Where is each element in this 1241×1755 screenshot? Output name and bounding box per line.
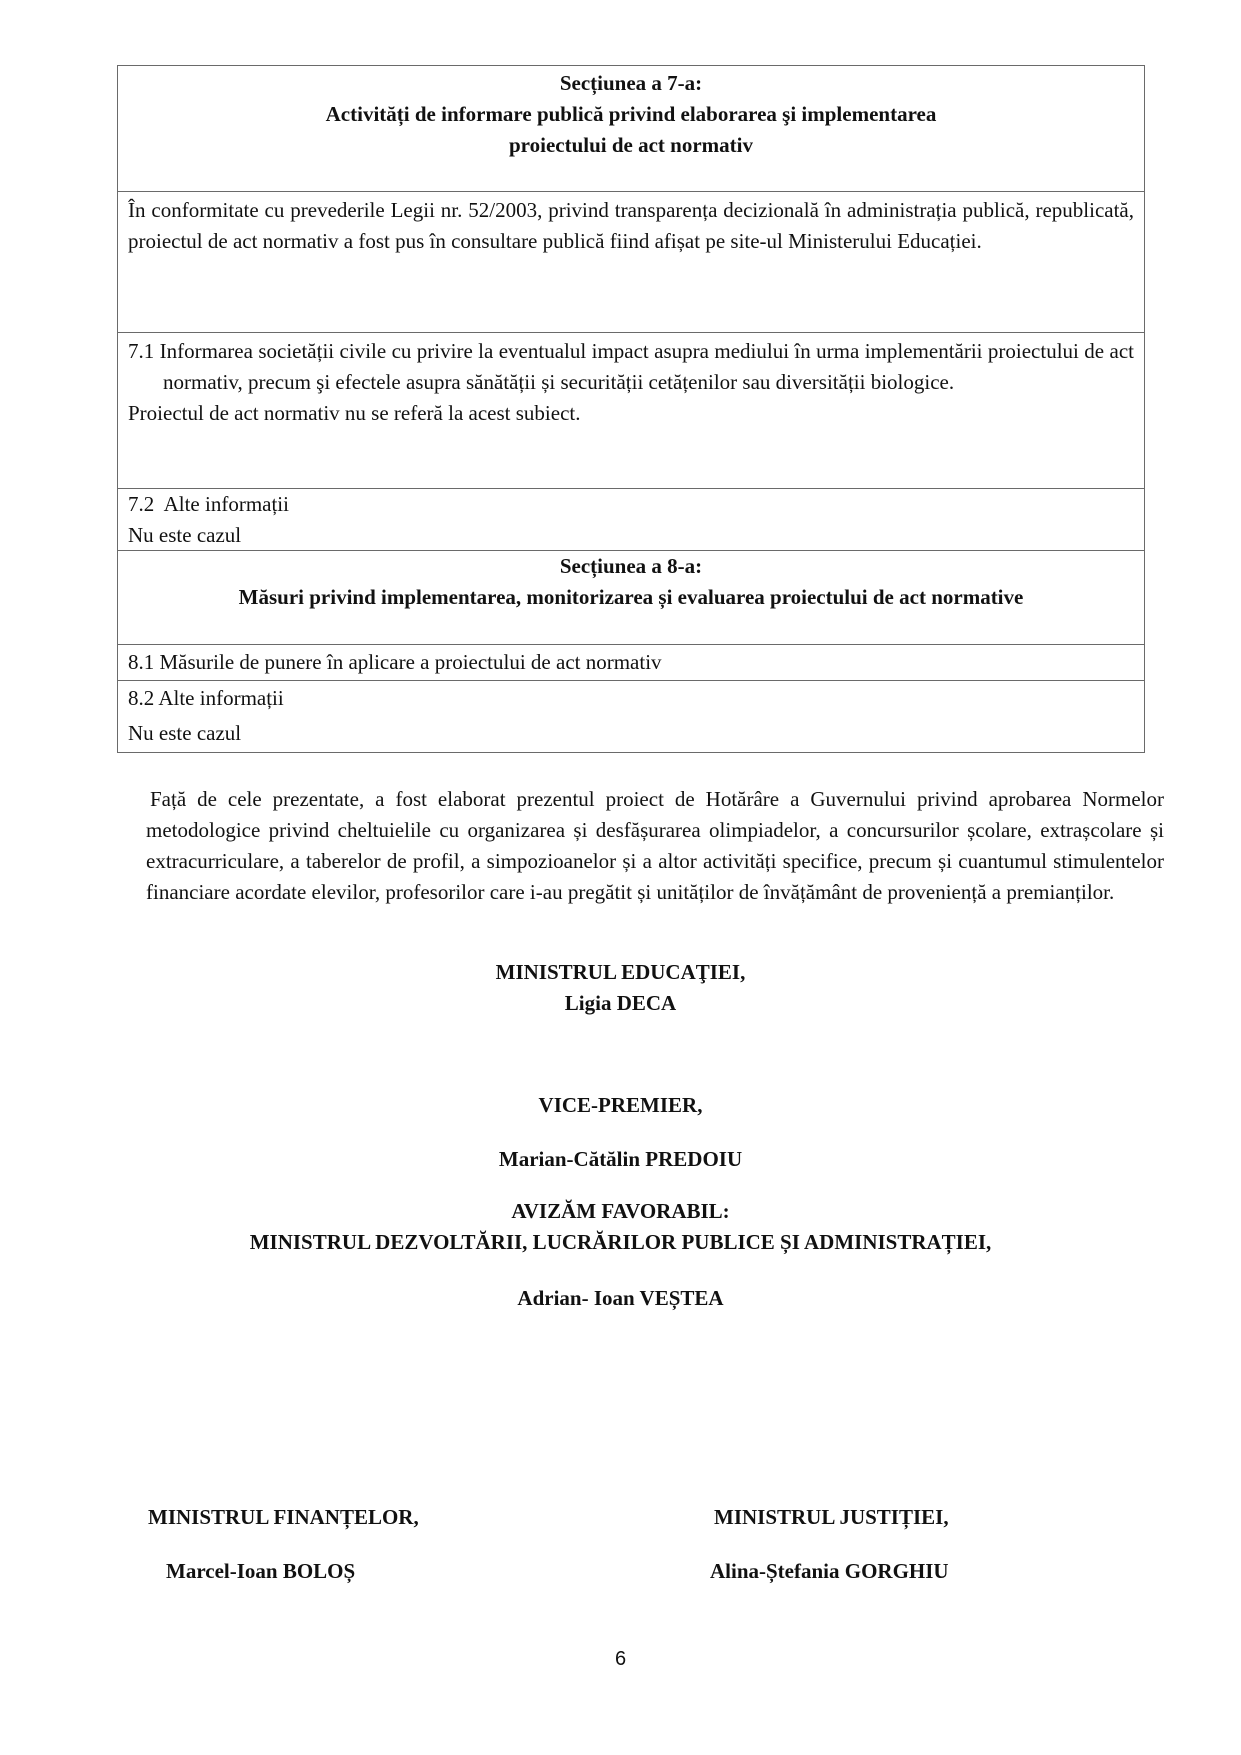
- conclusion-paragraph: Față de cele prezentate, a fost elaborat…: [146, 784, 1164, 908]
- signature-justice: MINISTRUL JUSTIȚIEI, Alina-Ștefania GORG…: [710, 1502, 949, 1587]
- item-7-1-row: 7.1 Informarea societății civile cu priv…: [118, 332, 1144, 488]
- item-7-2-answer: Nu este cazul: [128, 520, 1134, 551]
- item-8-1-label: 8.1 Măsurile de punere în aplicare a pro…: [128, 647, 1134, 678]
- item-8-2-row: 8.2 Alte informații Nu este cazul: [118, 680, 1144, 752]
- section-7-intro-text: În conformitate cu prevederile Legii nr.…: [128, 195, 1134, 257]
- section-8-title: Măsuri privind implementarea, monitoriza…: [128, 582, 1134, 613]
- section-7-title-line2: proiectului de act normativ: [128, 130, 1134, 161]
- signature-endorsement: AVIZĂM FAVORABIL: MINISTRUL DEZVOLTĂRII,…: [0, 1196, 1241, 1314]
- item-8-2-label: 8.2 Alte informații: [128, 683, 1134, 714]
- signature-education-title: MINISTRUL EDUCAŢIEI,: [0, 957, 1241, 988]
- signature-education-name: Ligia DECA: [0, 988, 1241, 1019]
- signature-vice-premier: VICE-PREMIER, Marian-Cătălin PREDOIU: [0, 1090, 1241, 1175]
- signature-vice-premier-title: VICE-PREMIER,: [0, 1090, 1241, 1121]
- section-8-header: Secțiunea a 8-a: Măsuri privind implemen…: [118, 550, 1144, 644]
- signature-justice-name: Alina-Ștefania GORGHIU: [710, 1556, 949, 1587]
- endorsement-label: AVIZĂM FAVORABIL:: [0, 1196, 1241, 1227]
- section-7-header: Secțiunea a 7-a: Activități de informare…: [118, 66, 1144, 191]
- item-7-2-row: 7.2 Alte informații Nu este cazul: [118, 488, 1144, 550]
- signature-development-title: MINISTRUL DEZVOLTĂRII, LUCRĂRILOR PUBLIC…: [0, 1227, 1241, 1258]
- sections-table: Secțiunea a 7-a: Activități de informare…: [117, 65, 1145, 753]
- item-8-1-row: 8.1 Măsurile de punere în aplicare a pro…: [118, 644, 1144, 680]
- signature-development-name: Adrian- Ioan VEȘTEA: [0, 1283, 1241, 1314]
- item-7-1-label: 7.1 Informarea societății civile cu priv…: [128, 336, 1134, 398]
- page-number: 6: [0, 1648, 1241, 1671]
- signature-finance-name: Marcel-Ioan BOLOȘ: [148, 1556, 419, 1587]
- signature-justice-title: MINISTRUL JUSTIȚIEI,: [710, 1502, 949, 1533]
- item-7-1-answer: Proiectul de act normativ nu se referă l…: [128, 398, 1134, 429]
- signature-finance-title: MINISTRUL FINANȚELOR,: [148, 1502, 419, 1533]
- signature-finance: MINISTRUL FINANȚELOR, Marcel-Ioan BOLOȘ: [148, 1502, 419, 1587]
- section-8-heading: Secțiunea a 8-a:: [128, 551, 1134, 582]
- signature-vice-premier-name: Marian-Cătălin PREDOIU: [0, 1144, 1241, 1175]
- section-7-intro-row: În conformitate cu prevederile Legii nr.…: [118, 191, 1144, 332]
- item-8-2-answer: Nu este cazul: [128, 718, 1134, 749]
- item-7-2-label: 7.2 Alte informații: [128, 489, 1134, 520]
- section-7-title-line1: Activități de informare publică privind …: [128, 99, 1134, 130]
- signature-education: MINISTRUL EDUCAŢIEI, Ligia DECA: [0, 957, 1241, 1019]
- section-7-heading: Secțiunea a 7-a:: [128, 68, 1134, 99]
